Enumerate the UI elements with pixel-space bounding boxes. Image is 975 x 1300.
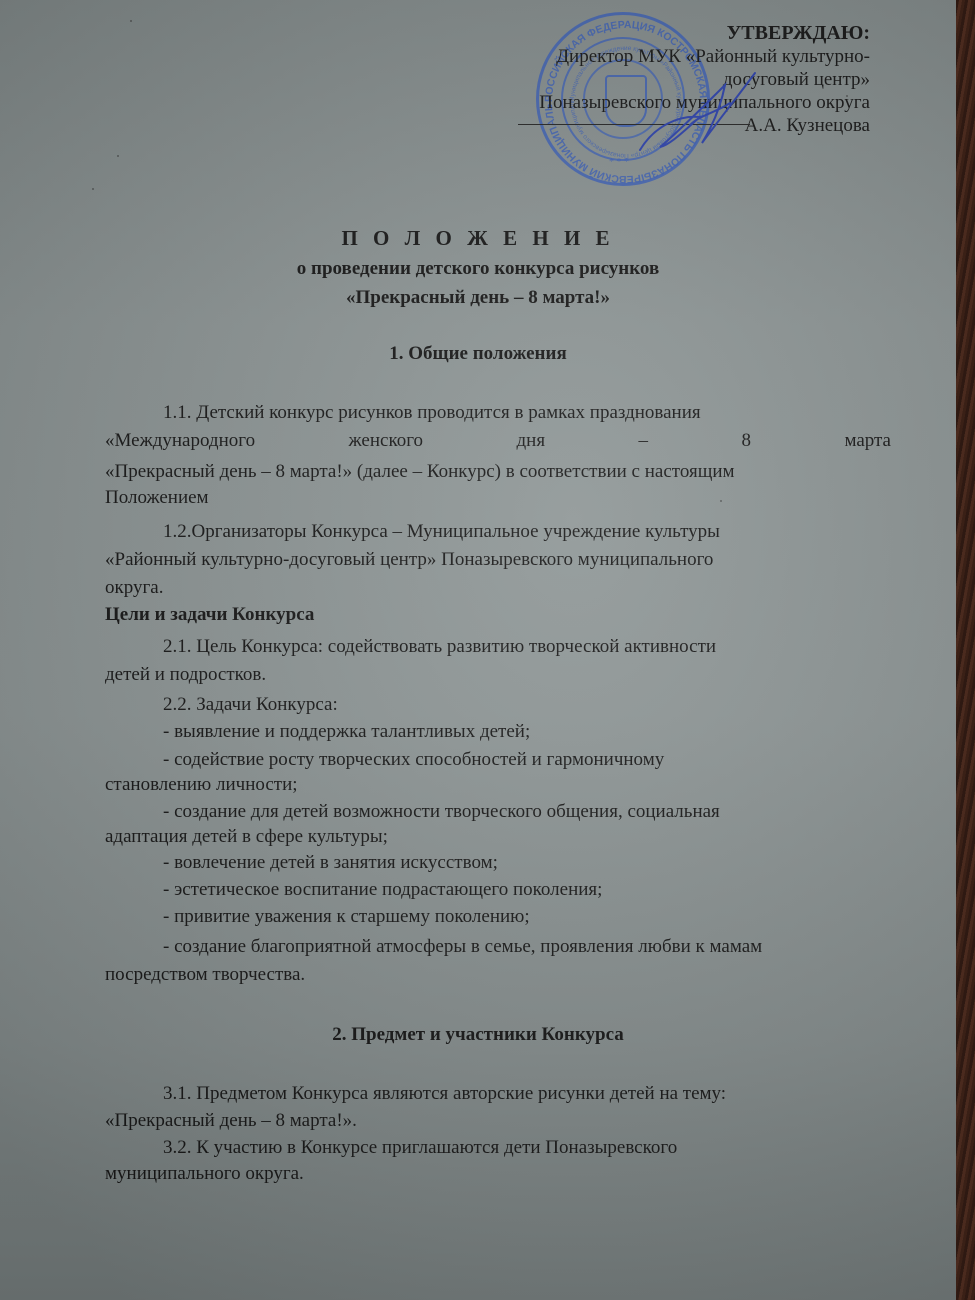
clause-1-1-line-2: «Международного женского дня – 8 марта <box>105 430 891 452</box>
task-item-1: - выявление и поддержка талантливых дете… <box>163 721 530 743</box>
handwritten-signature <box>630 55 770 165</box>
text-word: дня <box>517 430 546 452</box>
svg-text:* * *: * * * <box>609 157 629 168</box>
document-page: РОССИЙСКАЯ ФЕДЕРАЦИЯ КОСТРОМСКАЯ ОБЛАСТЬ… <box>0 0 956 1300</box>
approval-heading: УТВЕРЖДАЮ: <box>539 22 870 45</box>
text-word: «Международного <box>105 430 255 452</box>
clause-1-2-line-2: «Районный культурно-досуговый центр» Пон… <box>105 549 713 571</box>
task-item-6: - привитие уважения к старшему поколению… <box>163 906 530 928</box>
clause-1-2-line-3: округа. <box>105 577 163 599</box>
text-word: марта <box>844 430 891 452</box>
paper-speck <box>92 188 94 190</box>
clause-3-2-line-2: муниципального округа. <box>105 1163 304 1185</box>
task-item-5: - эстетическое воспитание подрастающего … <box>163 879 602 901</box>
task-item-2-line-1: - содействие росту творческих способност… <box>163 749 664 771</box>
paper-speck <box>117 155 119 157</box>
document-subtitle: о проведении детского конкурса рисунков <box>0 258 956 280</box>
clause-1-1-line-1: 1.1. Детский конкурс рисунков проводится… <box>163 402 891 424</box>
task-item-7-line-1: - создание благоприятной атмосферы в сем… <box>163 936 762 958</box>
contest-name: «Прекрасный день – 8 марта!» <box>0 287 956 309</box>
task-item-3-line-2: адаптация детей в сфере культуры; <box>105 826 388 848</box>
text-word: женского <box>349 430 424 452</box>
paper-speck <box>720 500 722 502</box>
clause-2-2: 2.2. Задачи Конкурса: <box>163 694 338 716</box>
clause-1-2-line-1: 1.2.Организаторы Конкурса – Муниципально… <box>163 521 720 543</box>
task-item-7-line-2: посредством творчества. <box>105 964 305 986</box>
text-line: 1.1. Детский конкурс рисунков проводится… <box>163 402 701 424</box>
wooden-background <box>956 0 975 1300</box>
clause-2-1-line-2: детей и подростков. <box>105 664 266 686</box>
clause-1-1-line-3: «Прекрасный день – 8 марта!» (далее – Ко… <box>105 461 735 483</box>
clause-3-2-line-1: 3.2. К участию в Конкурсе приглашаются д… <box>163 1137 677 1159</box>
clause-3-1-line-2: «Прекрасный день – 8 марта!». <box>105 1110 357 1132</box>
section-heading-subject: 2. Предмет и участники Конкурса <box>0 1024 956 1046</box>
paper-speck <box>130 20 132 22</box>
task-item-3-line-1: - создание для детей возможности творчес… <box>163 801 720 823</box>
clause-3-1-line-1: 3.1. Предметом Конкурса являются авторск… <box>163 1083 726 1105</box>
clause-2-1-line-1: 2.1. Цель Конкурса: содействовать развит… <box>163 636 716 658</box>
section-heading-goals: Цели и задачи Конкурса <box>105 604 314 626</box>
paper-speck <box>846 95 848 97</box>
task-item-2-line-2: становлению личности; <box>105 774 298 796</box>
document-title: П О Л О Ж Е Н И Е <box>0 226 956 251</box>
clause-1-1-line-4: Положением <box>105 487 209 509</box>
task-item-4: - вовлечение детей в занятия искусством; <box>163 852 498 874</box>
text-word: – <box>639 430 649 452</box>
text-word: 8 <box>741 430 751 452</box>
section-heading-general: 1. Общие положения <box>0 343 956 365</box>
